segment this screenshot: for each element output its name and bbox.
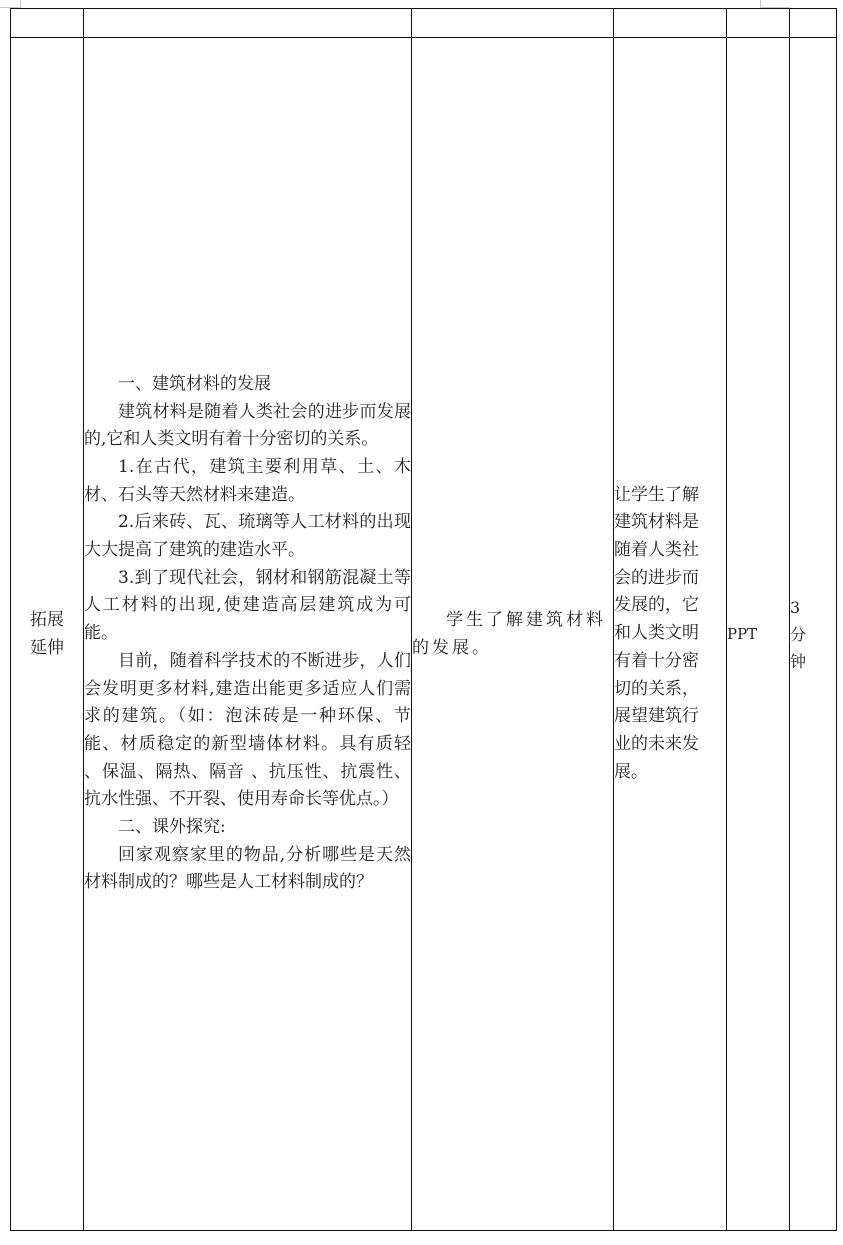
media-cell: PPT <box>727 38 790 1231</box>
header-cell <box>412 9 614 38</box>
intent-line: 有着十分密 <box>614 648 726 676</box>
intent-line: 切的关系， <box>614 676 726 704</box>
design-intent-cell: 让学生了解 建筑材料是 随着人类社 会的进步而 发展的，它 和人类文明 有着十分… <box>614 38 727 1231</box>
time-unit: 钟 <box>790 648 836 675</box>
lesson-plan-table: 拓展 延伸 一、建筑材料的发展 建筑材料是随着人类社会的进步而发展的,它和人类文… <box>10 8 837 1231</box>
time-cell: 3 分 钟 <box>790 38 837 1231</box>
student-activity-cell: 学生了解建筑材料的发展。 <box>412 38 614 1231</box>
intent-line: 建筑材料是 <box>614 509 726 537</box>
page-corner-mark <box>760 0 791 8</box>
content-paragraph: 建筑材料是随着人类社会的进步而发展的,它和人类文明有着十分密切的关系。 <box>84 399 411 454</box>
intent-line: 业的未来发 <box>614 731 726 759</box>
content-paragraph: 1.在古代，建筑主要利用草、土、木材、石头等天然材料来建造。 <box>84 454 411 509</box>
stage-label-line: 拓展 <box>11 606 83 634</box>
intent-line: 会的进步而 <box>614 565 726 593</box>
teacher-content-cell: 一、建筑材料的发展 建筑材料是随着人类社会的进步而发展的,它和人类文明有着十分密… <box>84 38 412 1231</box>
content-paragraph: 回家观察家里的物品,分析哪些是天然材料制成的？哪些是人工材料制成的？ <box>84 842 411 897</box>
section-heading: 二、课外探究: <box>84 814 411 842</box>
intent-line: 随着人类社 <box>614 537 726 565</box>
intent-line: 展望建筑行 <box>614 703 726 731</box>
stage-cell: 拓展 延伸 <box>11 38 84 1231</box>
student-activity-text: 学生了解建筑材料的发展。 <box>412 606 613 662</box>
header-cell <box>11 9 84 38</box>
header-cell <box>790 9 837 38</box>
time-unit: 分 <box>790 621 836 648</box>
section-heading: 一、建筑材料的发展 <box>84 371 411 399</box>
table-row: 拓展 延伸 一、建筑材料的发展 建筑材料是随着人类社会的进步而发展的,它和人类文… <box>11 38 837 1231</box>
page-corner-mark <box>0 0 21 8</box>
table-header-row <box>11 9 837 38</box>
stage-label-line: 延伸 <box>11 634 83 662</box>
header-cell <box>727 9 790 38</box>
intent-line: 展。 <box>614 759 726 787</box>
intent-line: 发展的，它 <box>614 592 726 620</box>
intent-line: 让学生了解 <box>614 482 726 510</box>
header-cell <box>614 9 727 38</box>
header-cell <box>84 9 412 38</box>
intent-line: 和人类文明 <box>614 620 726 648</box>
content-paragraph: 2.后来砖、瓦、琉璃等人工材料的出现大大提高了建筑的建造水平。 <box>84 509 411 564</box>
time-value: 3 <box>790 594 836 621</box>
content-paragraph: 目前，随着科学技术的不断进步，人们会发明更多材料,建造出能更多适应人们需求的建筑… <box>84 648 411 814</box>
content-paragraph: 3.到了现代社会，钢材和钢筋混凝土等人工材料的出现,使建造高层建筑成为可能。 <box>84 565 411 648</box>
